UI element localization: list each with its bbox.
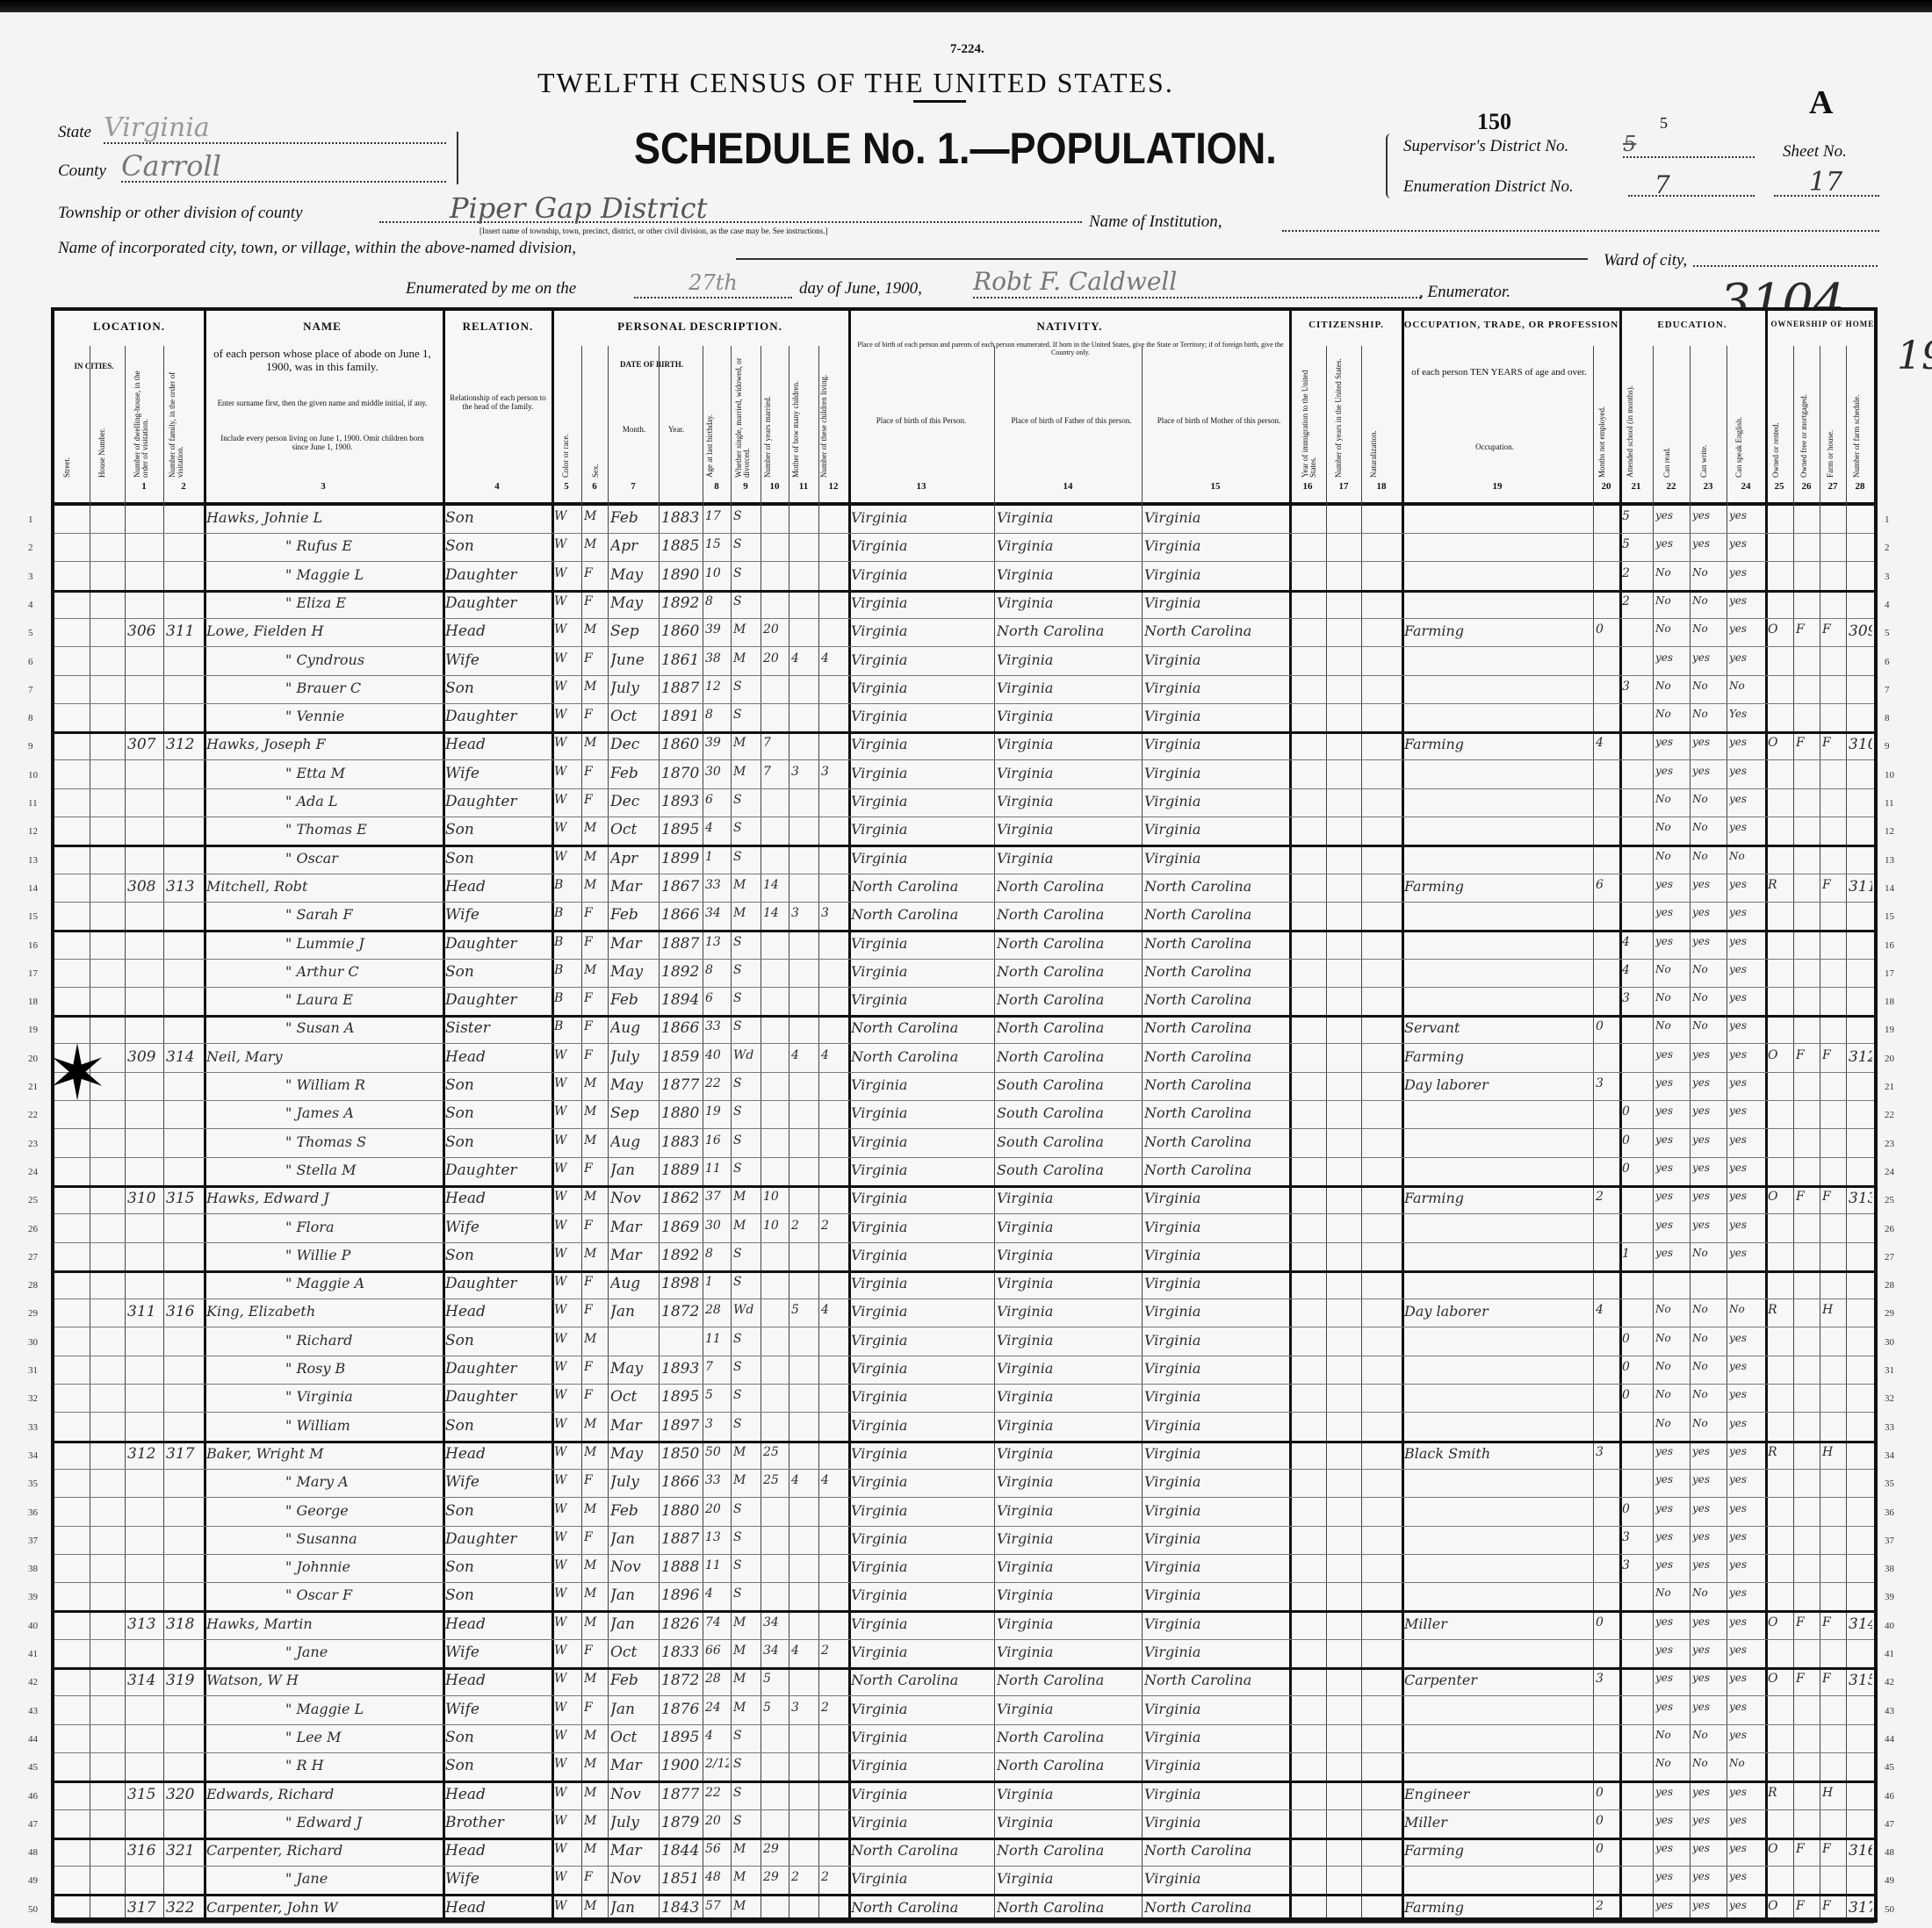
cell-wr: yes: [1692, 1190, 1725, 1202]
cell-rel: Daughter: [445, 1162, 550, 1179]
cell-bp: Virginia: [851, 1219, 992, 1235]
cell-fam: 313: [166, 878, 202, 896]
cell-sex: F: [584, 906, 606, 920]
cell-age: 38: [705, 651, 729, 665]
cell-rd: No: [1655, 622, 1688, 635]
cell-sex: F: [584, 1388, 606, 1402]
cell-rd: No: [1655, 793, 1688, 805]
header-years-us: Number of years in the United States.: [1335, 355, 1343, 478]
cell-ms: S: [733, 1586, 759, 1601]
header-month: Month.: [613, 425, 655, 434]
cell-occ: Black Smith: [1404, 1445, 1591, 1462]
cell-fam: 321: [166, 1842, 202, 1860]
star-marker-icon: ✶: [46, 1036, 109, 1111]
header-farm-schedule: Number of farm schedule.: [1853, 355, 1861, 478]
cell-ms: S: [733, 935, 759, 949]
table-row: 44" Eliza EDaughterWFMay18928SVirginiaVi…: [54, 591, 1874, 619]
cell-rd: yes: [1655, 1104, 1688, 1117]
table-row: 2727" Willie PSonWMMar18928SVirginiaVirg…: [54, 1243, 1874, 1273]
cell-fh: F: [1822, 1048, 1844, 1062]
row-number-left: 43: [28, 1706, 38, 1716]
row-number-left: 28: [28, 1280, 38, 1291]
header-nativity-desc: Place of birth of each person and parent…: [855, 341, 1286, 356]
cell-yr: 1876: [661, 1701, 701, 1718]
cell-col: W: [554, 1586, 580, 1601]
cell-ms: S: [733, 1530, 759, 1544]
cell-bp: Virginia: [851, 1190, 992, 1206]
cell-col: W: [554, 1502, 580, 1516]
cell-bm: North Carolina: [1144, 935, 1287, 952]
table-row: 55306311Lowe, Fielden HHeadWMSep186039M2…: [54, 619, 1874, 647]
cell-fh: F: [1822, 736, 1844, 750]
cell-yr: 1883: [661, 509, 701, 527]
row-number-right: 31: [1885, 1365, 1894, 1376]
cell-ms: M: [733, 878, 759, 892]
cell-col: W: [554, 1076, 580, 1090]
cell-sex: M: [584, 878, 606, 892]
cell-yr: 1889: [661, 1162, 701, 1179]
cell-cl: 2: [821, 1870, 847, 1884]
row-number-left: 36: [28, 1507, 38, 1518]
column-number: 2: [163, 481, 204, 492]
row-number-left: 39: [28, 1592, 38, 1602]
table-row: 3131" Rosy BDaughterWFMay18937SVirginiaV…: [54, 1356, 1874, 1385]
cell-sp: yes: [1729, 1672, 1763, 1684]
cell-sex: M: [584, 963, 606, 977]
cell-col: W: [554, 1530, 580, 1544]
cell-fh: F: [1822, 1190, 1844, 1204]
form-number: 7-224.: [950, 42, 984, 57]
cell-cl: 3: [821, 906, 847, 920]
cell-rel: Head: [445, 1786, 550, 1803]
cell-bm: Virginia: [1144, 1473, 1287, 1490]
cell-sp: yes: [1729, 1870, 1763, 1882]
header-living: Number of these children living.: [820, 355, 828, 478]
cell-rel: Son: [445, 1417, 550, 1435]
cell-rel: Head: [445, 622, 550, 640]
cell-ms: S: [733, 1133, 759, 1147]
cell-sp: yes: [1729, 991, 1763, 1004]
sheet-field: 17: [1774, 167, 1879, 197]
cell-name: Hawks, Joseph F: [206, 736, 441, 752]
cell-sp: yes: [1729, 1899, 1763, 1911]
header-occupation-col: Occupation.: [1407, 442, 1582, 451]
header-family: Number of family, in the order of visita…: [169, 355, 184, 478]
row-number-left: 42: [28, 1677, 38, 1687]
cell-rd: yes: [1655, 906, 1688, 918]
column-number: 9: [731, 481, 761, 492]
column-number: 5: [551, 481, 581, 492]
cell-sex: F: [584, 1019, 606, 1033]
table-row: 5050317322Carpenter, John WHeadWMJan1843…: [54, 1896, 1874, 1924]
row-number-right: 3: [1885, 572, 1890, 582]
cell-col: W: [554, 1757, 580, 1771]
cell-own: O: [1768, 1672, 1791, 1686]
cell-sch: 0: [1622, 1360, 1651, 1374]
cell-rel: Son: [445, 1502, 550, 1520]
cell-bf: Virginia: [997, 537, 1140, 554]
row-number-right: 29: [1885, 1308, 1894, 1319]
supervisor-superscript: 5: [1660, 114, 1668, 133]
table-row: 1919" Susan ASisterBFAug186633SNorth Car…: [54, 1016, 1874, 1044]
cell-cl: 2: [821, 1644, 847, 1658]
row-number-right: 7: [1885, 685, 1890, 695]
row-number-right: 27: [1885, 1252, 1894, 1263]
cell-mc: 2: [791, 1870, 817, 1884]
cell-mc: 4: [791, 1048, 817, 1062]
row-number-left: 6: [28, 657, 33, 667]
cell-age: 33: [705, 1473, 729, 1487]
cell-col: W: [554, 1445, 580, 1459]
cell-occ: Farming: [1404, 736, 1591, 752]
cell-bp: Virginia: [851, 1473, 992, 1490]
cell-mc: 4: [791, 1644, 817, 1658]
cell-bf: North Carolina: [997, 878, 1140, 895]
cell-bp: Virginia: [851, 1417, 992, 1434]
cell-sp: yes: [1729, 821, 1763, 833]
header-can-write: Can write.: [1700, 407, 1708, 478]
cell-fam: 315: [166, 1190, 202, 1207]
cell-mu: 0: [1596, 1019, 1618, 1033]
row-number-left: 32: [28, 1393, 38, 1404]
cell-bf: Virginia: [997, 821, 1140, 838]
cell-age: 5: [705, 1388, 729, 1402]
cell-bm: North Carolina: [1144, 1842, 1287, 1859]
cell-bf: North Carolina: [997, 991, 1140, 1008]
cell-bp: Virginia: [851, 1360, 992, 1377]
cell-mu: 4: [1596, 1303, 1618, 1317]
cell-rel: Wife: [445, 1870, 550, 1888]
header-in-cities: IN CITIES.: [56, 362, 132, 370]
cell-sp: yes: [1729, 1473, 1763, 1486]
bracket: [457, 132, 464, 184]
cell-sp: yes: [1729, 1701, 1763, 1713]
cell-rd: No: [1655, 708, 1688, 720]
cell-age: 57: [705, 1899, 729, 1913]
row-number-right: 6: [1885, 657, 1890, 667]
township-note: [Insert name of township, town, precinct…: [479, 227, 827, 235]
row-number-right: 28: [1885, 1280, 1894, 1291]
row-number-left: 50: [28, 1904, 38, 1915]
cell-sp: yes: [1729, 906, 1763, 918]
scan-top-edge: [0, 0, 1932, 12]
row-number-right: 36: [1885, 1507, 1894, 1518]
row-number-left: 35: [28, 1478, 38, 1489]
cell-fs: 312: [1849, 1048, 1872, 1066]
enumerated-day: 27th: [634, 270, 792, 299]
cell-ms: S: [733, 963, 759, 977]
cell-rel: Head: [445, 878, 550, 896]
cell-sp: yes: [1729, 793, 1763, 805]
cell-age: 3: [705, 1417, 729, 1431]
cell-sex: M: [584, 1247, 606, 1261]
table-row: 4141" JaneWifeWFOct183366M3442VirginiaVi…: [54, 1640, 1874, 1670]
cell-age: 2/12: [705, 1757, 729, 1771]
cell-bf: Virginia: [997, 1303, 1140, 1320]
cell-rd: No: [1655, 1388, 1688, 1400]
cell-age: 34: [705, 906, 729, 920]
cell-col: W: [554, 1672, 580, 1686]
cell-rd: No: [1655, 1417, 1688, 1429]
cell-rel: Son: [445, 537, 550, 555]
cell-bf: South Carolina: [997, 1162, 1140, 1178]
cell-wr: yes: [1692, 765, 1725, 777]
cell-bm: Virginia: [1144, 1729, 1287, 1745]
cell-occ: Farming: [1404, 1190, 1591, 1206]
table-row: 4444" Lee MSonWMOct18954SVirginiaNorth C…: [54, 1725, 1874, 1753]
cell-bp: Virginia: [851, 793, 992, 809]
cell-sex: F: [584, 594, 606, 608]
cell-col: W: [554, 1644, 580, 1658]
cell-bf: North Carolina: [997, 622, 1140, 639]
row-number-left: 14: [28, 883, 38, 894]
cell-sex: F: [584, 793, 606, 807]
cell-fs: 317: [1849, 1899, 1872, 1917]
cell-ym: 10: [763, 1190, 787, 1204]
cell-rd: No: [1655, 850, 1688, 862]
cell-ms: S: [733, 821, 759, 835]
cell-bm: Virginia: [1144, 1615, 1287, 1632]
cell-own: O: [1768, 1899, 1791, 1913]
column-number: 26: [1793, 481, 1820, 492]
sheet-label: Sheet No.: [1783, 142, 1847, 162]
cell-bf: Virginia: [997, 1388, 1140, 1405]
cell-yr: 1893: [661, 1360, 701, 1378]
cell-ms: M: [733, 1842, 759, 1856]
cell-age: 33: [705, 1019, 729, 1033]
header-attended-school: Attended school (in months).: [1626, 355, 1634, 478]
cell-col: W: [554, 1729, 580, 1743]
header-birth-person: Place of birth of this Person.: [855, 416, 987, 425]
cell-ms: S: [733, 1162, 759, 1176]
row-number-right: 39: [1885, 1592, 1894, 1602]
cell-dw: 316: [127, 1842, 162, 1860]
cell-ms: S: [733, 793, 759, 807]
cell-col: W: [554, 1388, 580, 1402]
cell-bp: Virginia: [851, 1558, 992, 1575]
cell-age: 12: [705, 680, 729, 694]
row-number-right: 18: [1885, 996, 1894, 1007]
cell-bf: North Carolina: [997, 1729, 1140, 1745]
cell-fs: 311: [1849, 878, 1872, 896]
table-row: 88" VennieDaughterWFOct18918SVirginiaVir…: [54, 704, 1874, 734]
cell-ms: S: [733, 1104, 759, 1119]
cell-bp: Virginia: [851, 1502, 992, 1519]
cell-sex: F: [584, 1275, 606, 1289]
cell-own: R: [1768, 1445, 1791, 1459]
cell-occ: Farming: [1404, 1048, 1591, 1065]
cell-col: W: [554, 1558, 580, 1572]
cell-rd: yes: [1655, 765, 1688, 777]
cell-rd: yes: [1655, 651, 1688, 664]
row-number-right: 4: [1885, 600, 1890, 610]
cell-occ: Day laborer: [1404, 1303, 1591, 1320]
cell-bm: Virginia: [1144, 1219, 1287, 1235]
cell-wr: No: [1692, 793, 1725, 805]
cell-mo: Feb: [610, 509, 657, 527]
cell-wr: No: [1692, 1303, 1725, 1315]
cell-rd: yes: [1655, 1814, 1688, 1826]
cell-bm: Virginia: [1144, 1247, 1287, 1263]
header-occupation: OCCUPATION, TRADE, OR PROFESSION: [1403, 320, 1619, 330]
row-number-right: 23: [1885, 1139, 1894, 1149]
cell-cl: 4: [821, 1303, 847, 1317]
cell-col: W: [554, 1048, 580, 1062]
cell-age: 50: [705, 1445, 729, 1459]
cell-sch: 3: [1622, 1530, 1651, 1544]
cell-fm: F: [1796, 1048, 1818, 1062]
cell-rel: Wife: [445, 1473, 550, 1491]
cell-rel: Head: [445, 736, 550, 753]
cell-bp: Virginia: [851, 509, 992, 526]
cell-occ: Farming: [1404, 1899, 1591, 1916]
cell-sex: F: [584, 708, 606, 722]
cell-wr: yes: [1692, 1473, 1725, 1486]
cell-sex: M: [584, 1133, 606, 1147]
cell-sex: F: [584, 1048, 606, 1062]
cell-ym: 29: [763, 1842, 787, 1856]
cell-bf: Virginia: [997, 1502, 1140, 1519]
cell-bm: North Carolina: [1144, 1019, 1287, 1036]
row-number-left: 49: [28, 1875, 38, 1886]
cell-rel: Son: [445, 1586, 550, 1604]
cell-occ: Miller: [1404, 1615, 1591, 1632]
cell-wr: No: [1692, 1019, 1725, 1032]
cell-yr: 1890: [661, 566, 701, 584]
cell-yr: 1860: [661, 622, 701, 640]
column-number: 14: [994, 481, 1142, 492]
cell-sex: F: [584, 991, 606, 1005]
table-row: 2929311316King, ElizabethHeadWFJan187228…: [54, 1299, 1874, 1327]
row-number-left: 5: [28, 628, 33, 638]
cell-age: 15: [705, 537, 729, 551]
cell-sex: M: [584, 1615, 606, 1629]
cell-rd: No: [1655, 1303, 1688, 1315]
cell-bp: North Carolina: [851, 1672, 992, 1688]
table-row: 4747" Edward JBrotherWMJuly187920SVirgin…: [54, 1810, 1874, 1840]
table-row: 2121" William RSonWMMay187722SVirginiaSo…: [54, 1073, 1874, 1101]
column-number: 23: [1690, 481, 1727, 492]
column-number: 4: [443, 481, 551, 492]
cell-bf: South Carolina: [997, 1133, 1140, 1150]
cell-yr: 1887: [661, 1530, 701, 1548]
cell-sch: 1: [1622, 1247, 1651, 1261]
cell-mu: 0: [1596, 1842, 1618, 1856]
cell-rd: yes: [1655, 1247, 1688, 1259]
cell-bf: Virginia: [997, 1814, 1140, 1831]
cell-occ: Engineer: [1404, 1786, 1591, 1802]
cell-rd: yes: [1655, 1558, 1688, 1571]
cell-bm: Virginia: [1144, 1814, 1287, 1831]
cell-sp: yes: [1729, 878, 1763, 890]
cell-col: B: [554, 906, 580, 920]
cell-mo: Nov: [610, 1786, 657, 1803]
cell-fam: 320: [166, 1786, 202, 1803]
header-ownership: OWNERSHIP OF HOME.: [1767, 320, 1881, 328]
cell-age: 39: [705, 622, 729, 637]
row-number-right: 41: [1885, 1649, 1894, 1659]
cell-cl: 4: [821, 651, 847, 665]
cell-rd: yes: [1655, 537, 1688, 550]
row-number-right: 8: [1885, 713, 1890, 723]
row-number-right: 37: [1885, 1536, 1894, 1546]
cell-col: W: [554, 680, 580, 694]
cell-sp: yes: [1729, 1048, 1763, 1061]
cell-sp: yes: [1729, 1729, 1763, 1741]
cell-rd: yes: [1655, 1219, 1688, 1231]
cell-wr: yes: [1692, 1701, 1725, 1713]
header-age: Age at last birthday.: [706, 355, 714, 478]
cell-bm: Virginia: [1144, 1786, 1287, 1802]
row-number-right: 44: [1885, 1734, 1894, 1745]
header-dwelling: Number of dwelling-house, in the order o…: [133, 355, 149, 478]
cell-dw: 307: [127, 736, 162, 753]
cell-bp: Virginia: [851, 1615, 992, 1632]
cell-sch: 0: [1622, 1502, 1651, 1516]
cell-rel: Son: [445, 1757, 550, 1774]
cell-rel: Son: [445, 1332, 550, 1349]
cell-col: W: [554, 1842, 580, 1856]
cell-age: 8: [705, 594, 729, 608]
cell-wr: No: [1692, 821, 1725, 833]
cell-occ: Farming: [1404, 1842, 1591, 1859]
table-row: 2828" Maggie ADaughterWFAug18981SVirgini…: [54, 1271, 1874, 1299]
cell-mo: Oct: [610, 708, 657, 725]
cell-rel: Head: [445, 1190, 550, 1207]
cell-bf: North Carolina: [997, 906, 1140, 923]
cell-dw: 312: [127, 1445, 162, 1463]
cell-wr: No: [1692, 708, 1725, 720]
header-street: Street.: [63, 407, 71, 478]
cell-wr: yes: [1692, 1558, 1725, 1571]
enumerator-label: , Enumerator.: [1419, 283, 1510, 302]
cell-wr: yes: [1692, 1048, 1725, 1061]
row-number-right: 38: [1885, 1564, 1894, 1574]
row-number-left: 20: [28, 1054, 38, 1064]
cell-age: 1: [705, 1275, 729, 1289]
header-birth-father: Place of birth of Father of this person.: [1001, 416, 1142, 425]
cell-own: R: [1768, 1303, 1791, 1317]
table-row: 4545" R HSonWMMar19002/12SVirginiaNorth …: [54, 1753, 1874, 1783]
cell-wr: yes: [1692, 1644, 1725, 1656]
cell-rd: yes: [1655, 1133, 1688, 1146]
row-number-left: 4: [28, 600, 33, 610]
cell-mo: Feb: [610, 1672, 657, 1689]
township-field: Piper Gap District: [379, 191, 1082, 223]
cell-sp: No: [1729, 680, 1763, 692]
cell-bp: North Carolina: [851, 1048, 992, 1065]
row-number-right: 16: [1885, 940, 1894, 951]
cell-bm: Virginia: [1144, 736, 1287, 752]
cell-bp: Virginia: [851, 1332, 992, 1349]
cell-rel: Son: [445, 963, 550, 981]
cell-sp: yes: [1729, 1190, 1763, 1202]
cell-wr: yes: [1692, 1162, 1725, 1174]
cell-bm: Virginia: [1144, 594, 1287, 611]
cell-rd: yes: [1655, 1445, 1688, 1457]
cell-sp: yes: [1729, 566, 1763, 579]
cell-bp: Virginia: [851, 821, 992, 838]
cell-yr: 1887: [661, 935, 701, 953]
cell-wr: No: [1692, 850, 1725, 862]
cell-bp: Virginia: [851, 651, 992, 668]
cell-mo: Apr: [610, 537, 657, 555]
cell-mo: May: [610, 963, 657, 981]
cell-ym: 25: [763, 1473, 787, 1487]
cell-ms: S: [733, 1388, 759, 1402]
cell-mo: July: [610, 680, 657, 697]
cell-bf: Virginia: [997, 680, 1140, 696]
